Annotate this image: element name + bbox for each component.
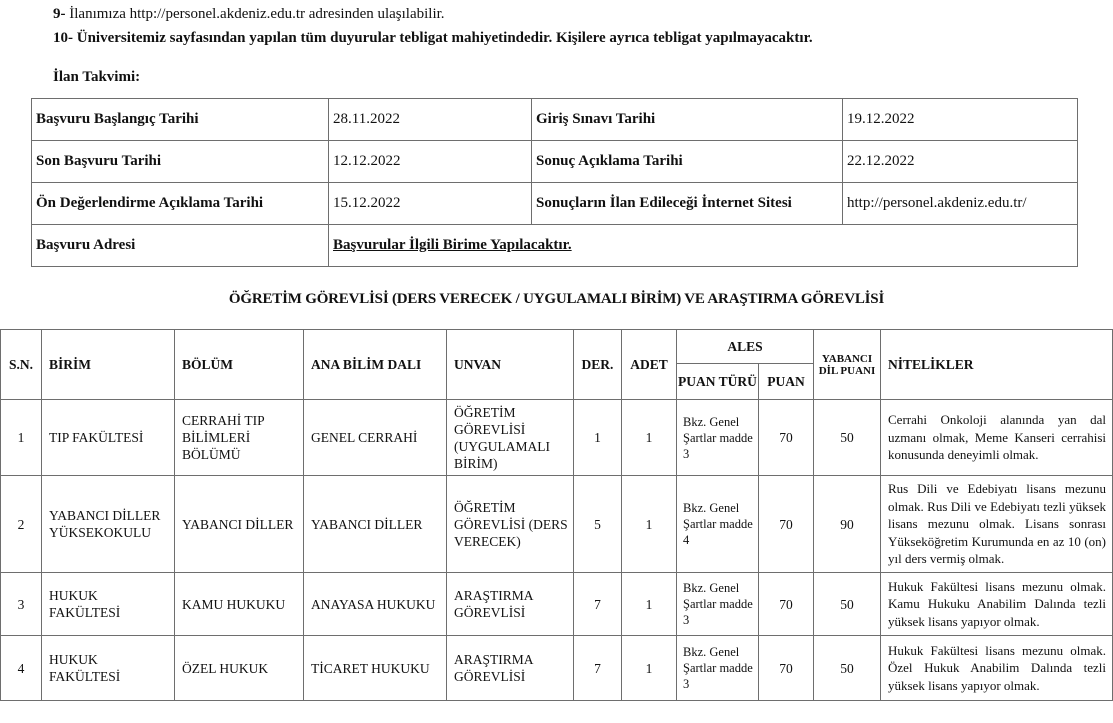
cell-adet: 1: [622, 400, 677, 476]
cell-der: 1: [574, 400, 622, 476]
cell-ana-bilim-dali: ANAYASA HUKUKU: [304, 573, 447, 636]
col-header-der: DER.: [574, 330, 622, 400]
cell-puan: 70: [759, 400, 814, 476]
cell-puan-turu: Bkz. Genel Şartlar madde 4: [677, 476, 759, 573]
intro-item-10: 10- Üniversitemiz sayfasından yapılan tü…: [53, 30, 813, 47]
col-header-ana-bilim-dali: ANA BİLİM DALI: [304, 330, 447, 400]
col-header-unvan: UNVAN: [447, 330, 574, 400]
cell-unvan: ARAŞTIRMA GÖREVLİSİ: [447, 573, 574, 636]
col-header-ales: ALES: [677, 330, 814, 364]
cell-bolum: CERRAHİ TIP BİLİMLERİ BÖLÜMÜ: [175, 400, 304, 476]
col-header-sn: S.N.: [1, 330, 42, 400]
calendar-label: Giriş Sınavı Tarihi: [532, 99, 843, 141]
calendar-row: Son Başvuru Tarihi 12.12.2022 Sonuç Açık…: [32, 141, 1078, 183]
cell-yabanci-dil-puani: 50: [814, 400, 881, 476]
calendar-label: Ön Değerlendirme Açıklama Tarihi: [32, 183, 329, 225]
calendar-value: 19.12.2022: [843, 99, 1078, 141]
cell-adet: 1: [622, 636, 677, 701]
cell-yabanci-dil-puani: 90: [814, 476, 881, 573]
results-website-value: http://personel.akdeniz.edu.tr/: [843, 183, 1078, 225]
cell-unvan: ARAŞTIRMA GÖREVLİSİ: [447, 636, 574, 701]
address-label: Başvuru Adresi: [32, 225, 329, 267]
positions-table: S.N. BİRİM BÖLÜM ANA BİLİM DALI UNVAN DE…: [0, 329, 1113, 701]
cell-sn: 2: [1, 476, 42, 573]
cell-yabanci-dil-puani: 50: [814, 636, 881, 701]
col-header-adet: ADET: [622, 330, 677, 400]
section-title: ÖĞRETİM GÖREVLİSİ (DERS VERECEK / UYGULA…: [0, 291, 1113, 308]
cell-ana-bilim-dali: TİCARET HUKUKU: [304, 636, 447, 701]
item-9-number: 9-: [53, 6, 66, 22]
calendar-value: 12.12.2022: [329, 141, 532, 183]
cell-sn: 1: [1, 400, 42, 476]
cell-birim: HUKUK FAKÜLTESİ: [42, 636, 175, 701]
table-row: 4 HUKUK FAKÜLTESİ ÖZEL HUKUK TİCARET HUK…: [1, 636, 1113, 701]
cell-ana-bilim-dali: GENEL CERRAHİ: [304, 400, 447, 476]
cell-nitelikler: Hukuk Fakültesi lisans mezunu olmak. Öze…: [881, 636, 1113, 701]
col-header-bolum: BÖLÜM: [175, 330, 304, 400]
calendar-label: Son Başvuru Tarihi: [32, 141, 329, 183]
cell-der: 5: [574, 476, 622, 573]
cell-birim: TIP FAKÜLTESİ: [42, 400, 175, 476]
cell-bolum: YABANCI DİLLER: [175, 476, 304, 573]
cell-yabanci-dil-puani: 50: [814, 573, 881, 636]
cell-birim: YABANCI DİLLER YÜKSEKOKULU: [42, 476, 175, 573]
cell-puan: 70: [759, 573, 814, 636]
cell-der: 7: [574, 636, 622, 701]
col-header-puan: PUAN: [759, 364, 814, 400]
calendar-row: Başvuru Başlangıç Tarihi 28.11.2022 Giri…: [32, 99, 1078, 141]
cell-sn: 3: [1, 573, 42, 636]
cell-bolum: KAMU HUKUKU: [175, 573, 304, 636]
address-value: Başvurular İlgili Birime Yapılacaktır.: [329, 225, 1078, 267]
cell-puan-turu: Bkz. Genel Şartlar madde 3: [677, 573, 759, 636]
calendar-value: 15.12.2022: [329, 183, 532, 225]
col-header-puan-turu: PUAN TÜRÜ: [677, 364, 759, 400]
table-row: 2 YABANCI DİLLER YÜKSEKOKULU YABANCI DİL…: [1, 476, 1113, 573]
calendar-label: Başvuru Başlangıç Tarihi: [32, 99, 329, 141]
calendar-heading: İlan Takvimi:: [53, 69, 140, 86]
table-row: 1 TIP FAKÜLTESİ CERRAHİ TIP BİLİMLERİ BÖ…: [1, 400, 1113, 476]
cell-nitelikler: Hukuk Fakültesi lisans mezunu olmak. Kam…: [881, 573, 1113, 636]
header-row: S.N. BİRİM BÖLÜM ANA BİLİM DALI UNVAN DE…: [1, 330, 1113, 364]
col-header-yabanci-dil-puani: YABANCI DİL PUANI: [814, 330, 881, 400]
cell-puan-turu: Bkz. Genel Şartlar madde 3: [677, 400, 759, 476]
calendar-label: Sonuçların İlan Edileceği İnternet Sites…: [532, 183, 843, 225]
cell-adet: 1: [622, 476, 677, 573]
intro-item-9: 9- İlanımıza http://personel.akdeniz.edu…: [53, 6, 445, 23]
col-header-birim: BİRİM: [42, 330, 175, 400]
cell-birim: HUKUK FAKÜLTESİ: [42, 573, 175, 636]
cell-puan-turu: Bkz. Genel Şartlar madde 3: [677, 636, 759, 701]
cell-unvan: ÖĞRETİM GÖREVLİSİ (UYGULAMALI BİRİM): [447, 400, 574, 476]
calendar-value: 28.11.2022: [329, 99, 532, 141]
table-row: 3 HUKUK FAKÜLTESİ KAMU HUKUKU ANAYASA HU…: [1, 573, 1113, 636]
cell-puan: 70: [759, 636, 814, 701]
calendar-row: Ön Değerlendirme Açıklama Tarihi 15.12.2…: [32, 183, 1078, 225]
cell-unvan: ÖĞRETİM GÖREVLİSİ (DERS VERECEK): [447, 476, 574, 573]
cell-sn: 4: [1, 636, 42, 701]
cell-nitelikler: Rus Dili ve Edebiyatı lisans mezunu olma…: [881, 476, 1113, 573]
calendar-row: Başvuru Adresi Başvurular İlgili Birime …: [32, 225, 1078, 267]
calendar-label: Sonuç Açıklama Tarihi: [532, 141, 843, 183]
col-header-nitelikler: NİTELİKLER: [881, 330, 1113, 400]
cell-ana-bilim-dali: YABANCI DİLLER: [304, 476, 447, 573]
cell-nitelikler: Cerrahi Onkoloji alanında yan dal uzmanı…: [881, 400, 1113, 476]
cell-bolum: ÖZEL HUKUK: [175, 636, 304, 701]
cell-adet: 1: [622, 573, 677, 636]
item-9-text: İlanımıza http://personel.akdeniz.edu.tr…: [66, 6, 445, 22]
cell-puan: 70: [759, 476, 814, 573]
announcement-calendar-table: Başvuru Başlangıç Tarihi 28.11.2022 Giri…: [31, 98, 1078, 267]
cell-der: 7: [574, 573, 622, 636]
calendar-value: 22.12.2022: [843, 141, 1078, 183]
